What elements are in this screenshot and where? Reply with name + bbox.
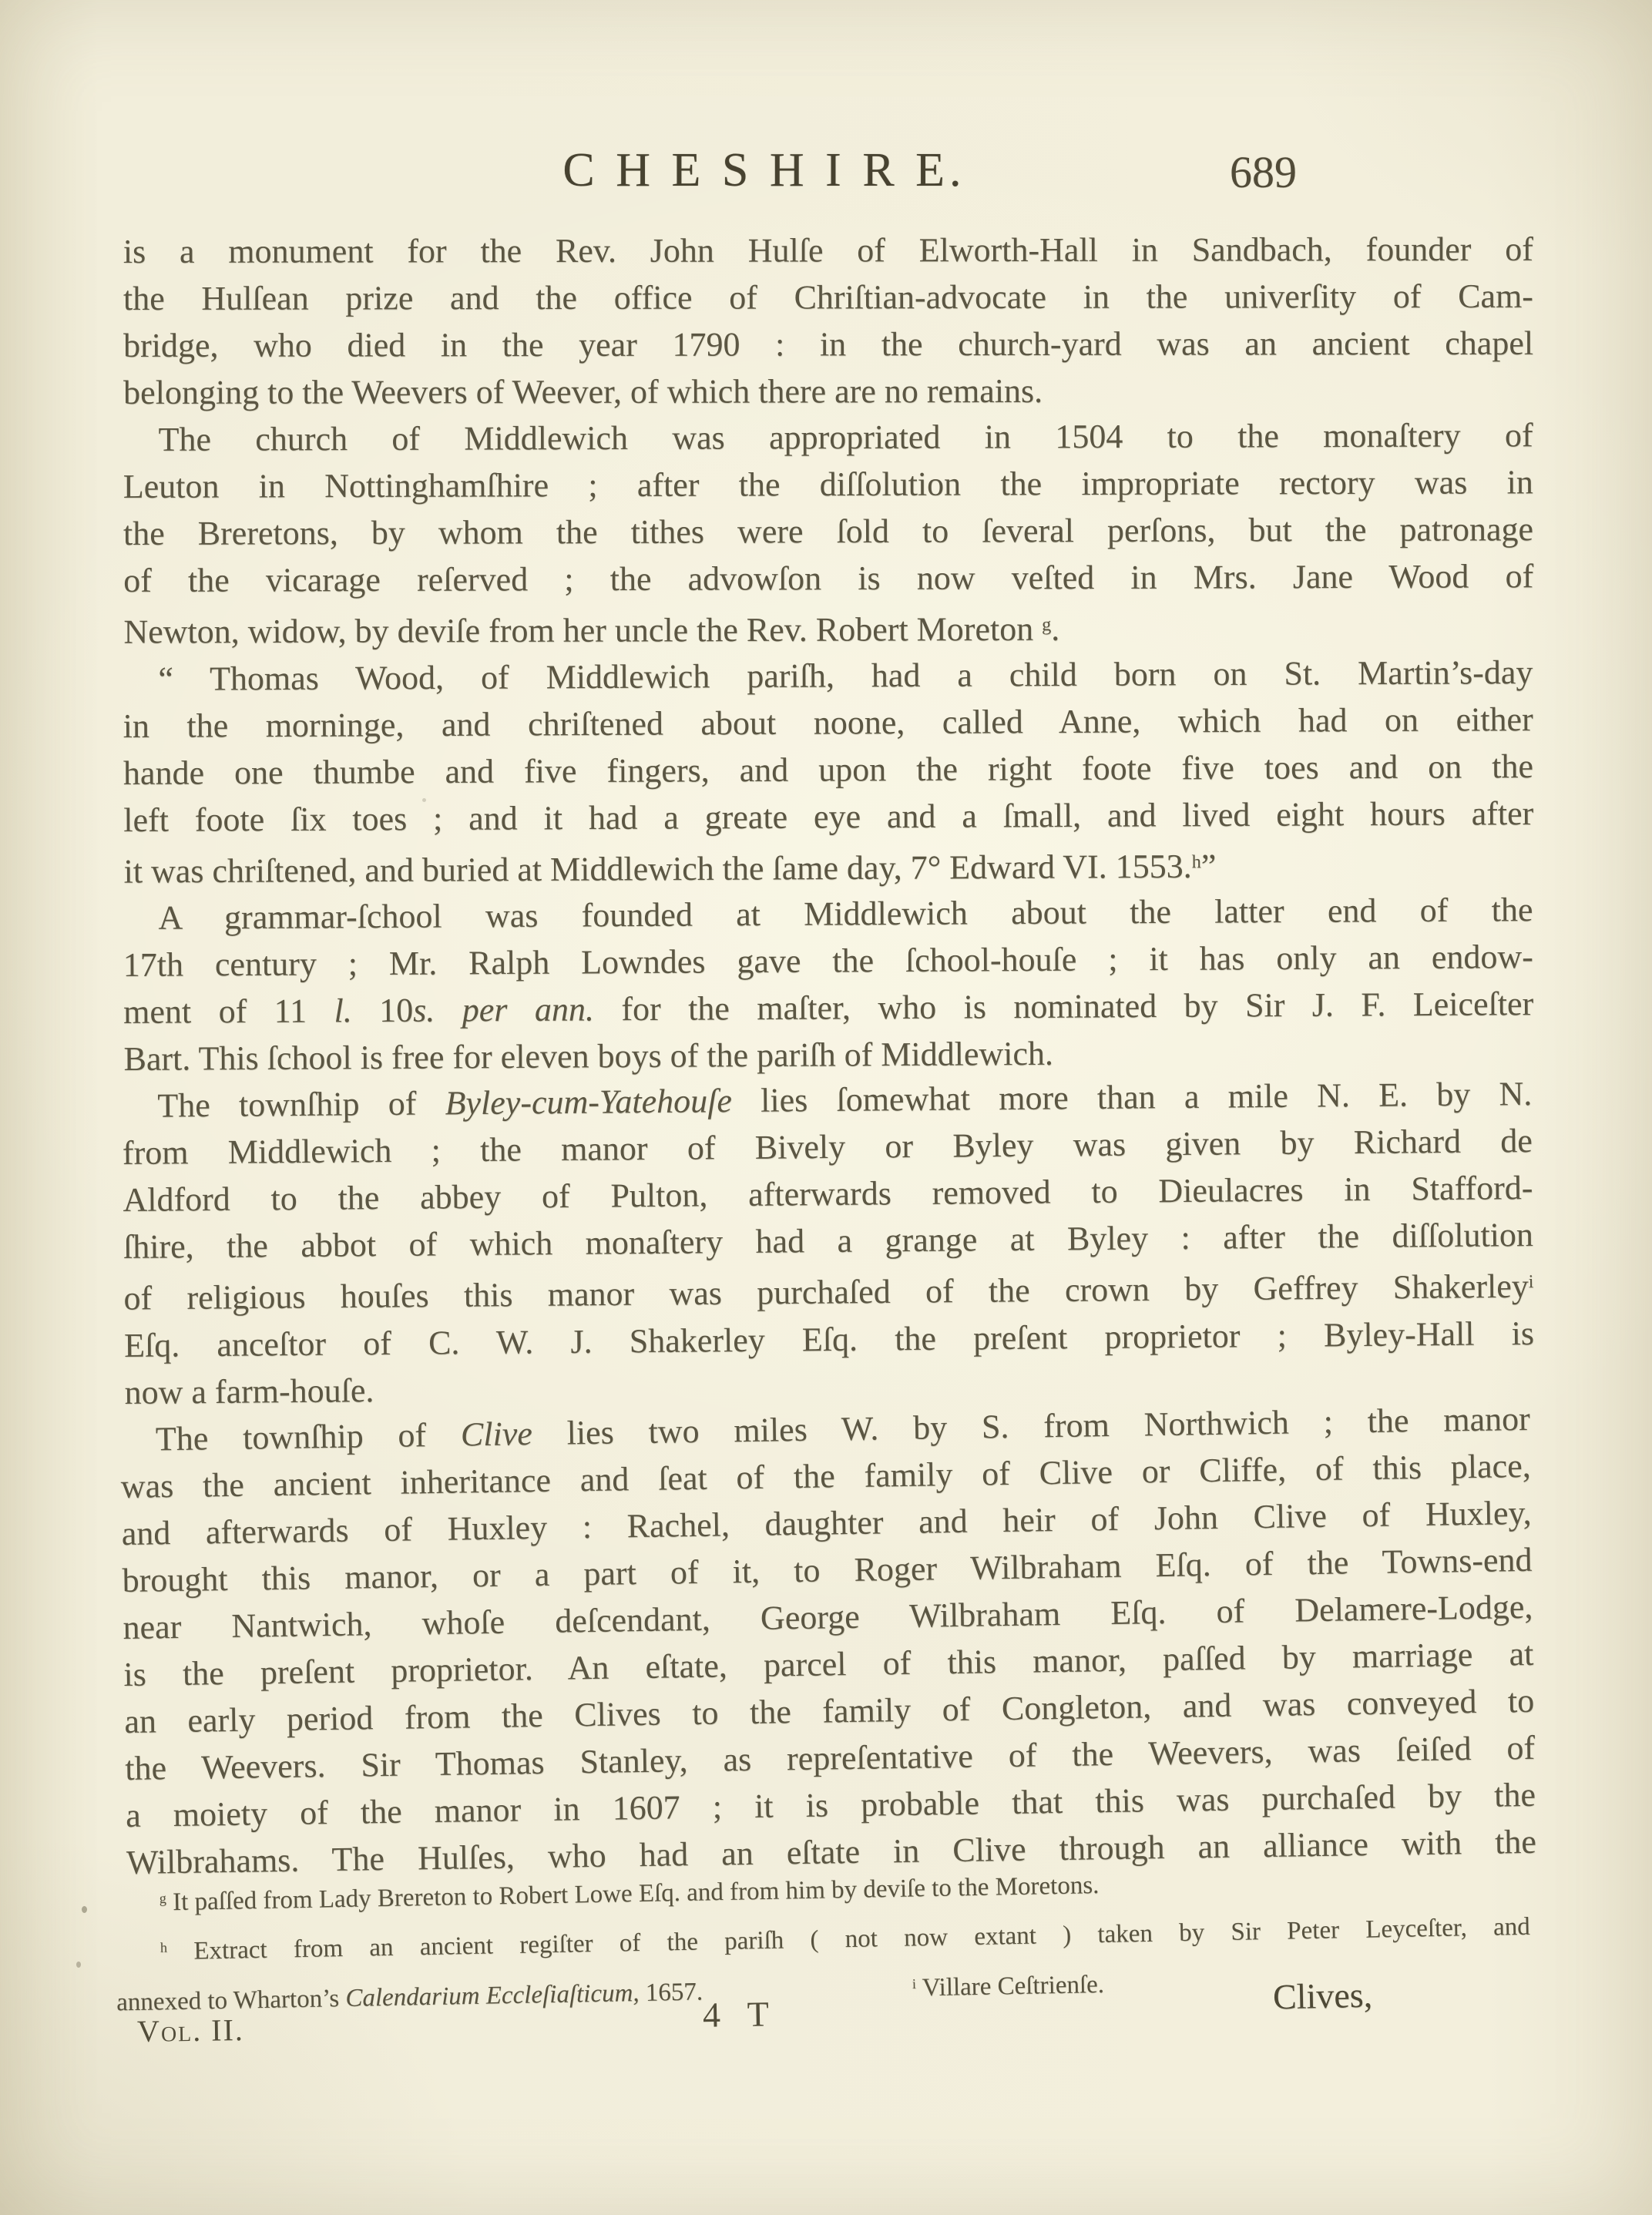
text-run: Byley-cum-Yatehouſe [445,1082,732,1122]
footnote-marker: g [159,1891,166,1906]
text-run: Calendarium Eccleſiaſticum, [345,1979,640,2012]
page-number: 689 [1230,146,1297,198]
text-run: ment of 11 [123,992,334,1032]
text-run: Leuton in Nottinghamſhire ; after the di… [123,463,1533,505]
text-line: “ Thomas Wood, of Middlewich pariſh, had… [123,649,1533,703]
text-run: l. [334,992,352,1029]
book-page: C H E S H I R E. 689 is a monument for t… [0,0,1652,2215]
footnote-marker: g [1042,614,1051,635]
text-line: belonging to the Weevers of Weever, of w… [123,367,1533,416]
text-run: the Hulſean prize and the office of Chri… [123,277,1533,317]
catchword: Clives, [1272,1975,1372,2018]
text-run: 10 [352,992,414,1029]
text-line: Newton, widow, by deviſe from her uncle … [123,599,1533,655]
body-text: is a monument for the Rev. John Hulſe of… [123,228,1533,1886]
text-line: the Hulſean prize and the office of Chri… [123,273,1533,322]
paragraph: is a monument for the Rev. John Hulſe of… [123,226,1533,416]
text-run: The townſhip of [156,1415,462,1458]
text-run: now a farm-houſe. [124,1371,374,1411]
text-run: s. [413,992,435,1029]
paragraph: “ Thomas Wood, of Middlewich pariſh, had… [123,649,1533,895]
text-line: is a monument for the Rev. John Hulſe of… [123,226,1533,275]
text-line: A grammar-ſchool was founded at Middlewi… [123,886,1533,941]
text-line: hande one thumbe and five fingers, and u… [123,743,1533,797]
footnote-marker: i [1529,1271,1534,1292]
signature-mark: 4 T [703,1993,779,2035]
text-run: ” [1201,847,1217,884]
ink-speck [82,1906,87,1913]
text-line: bridge, who died in the year 1790 : in t… [123,320,1533,369]
text-line: The church of Middlewich was appropriate… [123,411,1533,463]
text-run: A grammar-ſchool was founded at Middlewi… [158,891,1533,937]
paragraph: A grammar-ſchool was founded at Middlewi… [123,886,1533,1082]
text-run: of religious houſes this manor was purch… [123,1267,1529,1317]
text-run: per ann. [462,991,594,1029]
footnote-marker: h [160,1940,167,1955]
paragraph: The church of Middlewich was appropriate… [123,411,1534,655]
text-line: the Breretons, by whom the tithes were ſ… [123,505,1533,557]
text-run: hande one thumbe and five fingers, and u… [123,747,1533,792]
text-run: Villare Ceſtrienſe. [916,1971,1105,2002]
text-run: lies ſomewhat more than a mile N. E. by … [732,1075,1533,1119]
text-run: Eſq. anceſtor of C. W. J. Shakerley Eſq.… [124,1314,1534,1364]
text-line: left foote ſix toes ; and it had a great… [123,790,1533,844]
paragraph: The townſhip of Clive lies two miles W. … [119,1395,1536,1886]
footnote-marker: h [1192,851,1201,872]
text-run: for the maſter, who is nominated by Sir … [594,985,1534,1028]
paragraph: The townſhip of Byley-cum-Yatehouſe lies… [122,1070,1535,1416]
text-run: is a monument for the Rev. John Hulſe of… [123,230,1533,270]
text-run: from Middlewich ; the manor of Bively or… [123,1122,1533,1172]
text-run: left foote ſix toes ; and it had a great… [123,794,1533,839]
text-line: in the morninge, and chriſtened about no… [123,696,1533,750]
volume-label: Vol. II. [137,2012,245,2049]
text-run: bridge, who died in the year 1790 : in t… [123,324,1533,364]
text-run: Newton, widow, by deviſe from her uncle … [123,610,1042,651]
text-run [435,992,462,1029]
text-line: ment of 11 l. 10s. per ann. for the maſt… [123,980,1533,1035]
ink-speck [76,1962,81,1968]
text-run: The townſhip of [157,1085,445,1125]
text-run: 17th century ; Mr. Ralph Lowndes gave th… [123,938,1533,984]
text-run: Clive [461,1415,533,1453]
text-run: of the vicarage reſerved ; the advowſon … [123,557,1533,599]
text-run: 1657. [639,1978,703,2007]
text-run: . [1051,610,1059,648]
text-run: belonging to the Weevers of Weever, of w… [123,372,1043,411]
text-line: of the vicarage reſerved ; the advowſon … [123,552,1533,604]
text-run: It paſſed from Lady Brereton to Robert L… [166,1871,1100,1916]
text-run: Aldford to the abbey of Pulton, afterwar… [123,1169,1533,1219]
text-run: Bart. This ſchool is free for eleven boy… [123,1035,1053,1078]
text-run: “ Thomas Wood, of Middlewich pariſh, had… [158,653,1533,698]
text-run: in the morninge, and chriſtened about no… [123,700,1533,745]
text-line: 17th century ; Mr. Ralph Lowndes gave th… [123,933,1533,988]
text-run: the Breretons, by whom the tithes were ſ… [123,510,1533,552]
text-run: The church of Middlewich was appropriate… [159,416,1533,458]
text-run: ſhire, the abbot of which monaſtery had … [123,1216,1533,1266]
text-line: Leuton in Nottinghamſhire ; after the di… [123,458,1533,510]
text-line: it was chriſtened, and buried at Middlew… [123,837,1533,895]
text-run: it was chriſtened, and buried at Middlew… [123,847,1191,890]
